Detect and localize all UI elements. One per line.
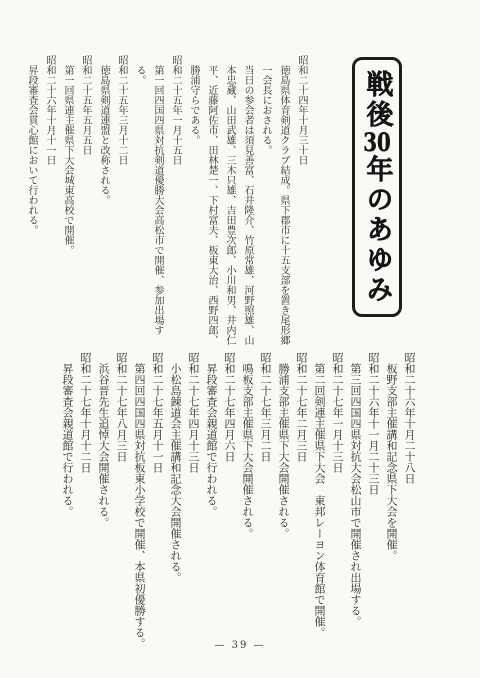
entry-body: 第一回四国四県対抗剣道優勝大会高松市で開催、参加出場する。 [130,55,166,351]
entry-body: 昇段審査会親道館で行われる。 [202,352,220,654]
entry-body: 小松島錬道会主催講和記念大会開催される。 [166,352,184,654]
entry-date: 昭和二十七年十月十二日 [76,352,94,654]
timeline-entry: 昭和二十六年十一月二十三日第三回四国四県対抗大会松山市で開催され出場する。 [346,352,382,654]
entry-body: 当日の参会者は須見善富、石井隆介、竹原常雄、河野照雄、山本忠蔵、山田武雄、三木只… [184,55,256,351]
entry-body: 鳴板支部主催県下大会開催される。 [238,352,256,654]
entry-date: 昭和二十七年五月十一日 [148,352,166,654]
timeline-entry: 昭和二十七年五月十一日第四回四国四県対抗板東小学校で開催、本県初優勝する。 [130,352,166,654]
entry-date: 昭和二十七年四月十三日 [184,352,202,654]
title-prefix: 戦後 [362,70,393,130]
entry-body: 第二回剣連主催県下大会 東邦レーヨン体育館で開催。 [310,352,328,654]
title-suffix: 年のあゆみ [362,155,393,305]
entry-date: 昭和二十七年八月三日 [112,352,130,654]
entry-body: 勝浦支部主催県下大会開催される。 [274,352,292,654]
entry-date: 昭和二十七年一月十三日 [328,352,346,654]
timeline-entry: 昭和二十七年四月十三日小松島錬道会主催講和記念大会開催される。 [166,352,202,654]
timeline-entry: 昭和二十七年四月六日昇段審査会親道館で行われる。 [202,352,238,654]
timeline-entry: 昭和二十五年五月五日第一回県連主催県下大会城東高校で開催。 [58,55,94,351]
document-page: 戦後30年のあゆみ 昭和二十四年十月三十日徳島県体育剣道クラブ結成。県下郡市に十… [0,0,480,678]
entry-body: 第三回四国四県対抗大会松山市で開催され出場する。 [346,352,364,654]
timeline-entry: 昭和二十六年十月二十八日板野支部主催講和記念県下大会を開催。 [382,352,418,654]
entry-body: 徳島県体育剣道クラブ結成。県下郡市に十五支部を置き尾形郷一会長におされる。 [256,55,292,351]
entry-body: 板野支部主催講和記念県下大会を開催。 [382,352,400,654]
entry-body: 昇段審査会親道館で行われる。 [58,352,76,654]
timeline-entry: 昭和二十四年十月三十日徳島県体育剣道クラブ結成。県下郡市に十五支部を置き尾形郷一… [184,55,310,351]
page-number: — 39 — [0,640,480,651]
entry-date: 昭和二十六年十一月二十三日 [364,352,382,654]
entry-body: 浜谷晋先生追悼大会開催される。 [94,352,112,654]
timeline-entry: 昭和二十六年十月十一日昇段審査会貫心館において行われる。 [22,55,58,351]
entry-date: 昭和二十四年十月三十日 [292,55,310,351]
entry-date: 昭和二十五年五月五日 [76,55,94,351]
entry-date: 昭和二十六年十月二十八日 [400,352,418,654]
entry-date: 昭和二十五年一月十五日 [166,55,184,351]
entry-body: 第一回県連主催県下大会城東高校で開催。 [58,55,76,351]
timeline-entry: 昭和二十七年八月三日浜谷晋先生追悼大会開催される。 [94,352,130,654]
title-number: 30 [363,130,392,155]
entry-date: 昭和二十五年三月十二日 [112,55,130,351]
title-box: 戦後30年のあゆみ [352,57,402,317]
timeline-entry: 昭和二十五年三月十二日徳島県剣道連盟と改称される。 [94,55,130,351]
page-title: 戦後30年のあゆみ [364,70,391,305]
timeline-entry: 昭和二十七年一月十三日第二回剣連主催県下大会 東邦レーヨン体育館で開催。 [310,352,346,654]
entry-date: 昭和二十七年三月二日 [256,352,274,654]
entry-date: 昭和二十六年十月十一日 [40,55,58,351]
entry-body: 第四回四国四県対抗板東小学校で開催、本県初優勝する。 [130,352,148,654]
entry-date: 昭和二十七年四月六日 [220,352,238,654]
timeline-entry: 昭和二十七年三月二日鳴板支部主催県下大会開催される。 [238,352,274,654]
entry-body: 昇段審査会貫心館において行われる。 [22,55,40,351]
entry-date: 昭和二十七年二月三日 [292,352,310,654]
timeline-bottom-section: 昭和二十六年十月二十八日板野支部主催講和記念県下大会を開催。昭和二十六年十一月二… [58,352,418,654]
timeline-top-section: 昭和二十四年十月三十日徳島県体育剣道クラブ結成。県下郡市に十五支部を置き尾形郷一… [22,55,310,351]
timeline-entry: 昭和二十五年一月十五日第一回四国四県対抗剣道優勝大会高松市で開催、参加出場する。 [130,55,184,351]
timeline-entry: 昭和二十七年二月三日勝浦支部主催県下大会開催される。 [274,352,310,654]
timeline-entry: 昭和二十七年十月十二日昇段審査会親道館で行われる。 [58,352,94,654]
entry-body: 徳島県剣道連盟と改称される。 [94,55,112,351]
